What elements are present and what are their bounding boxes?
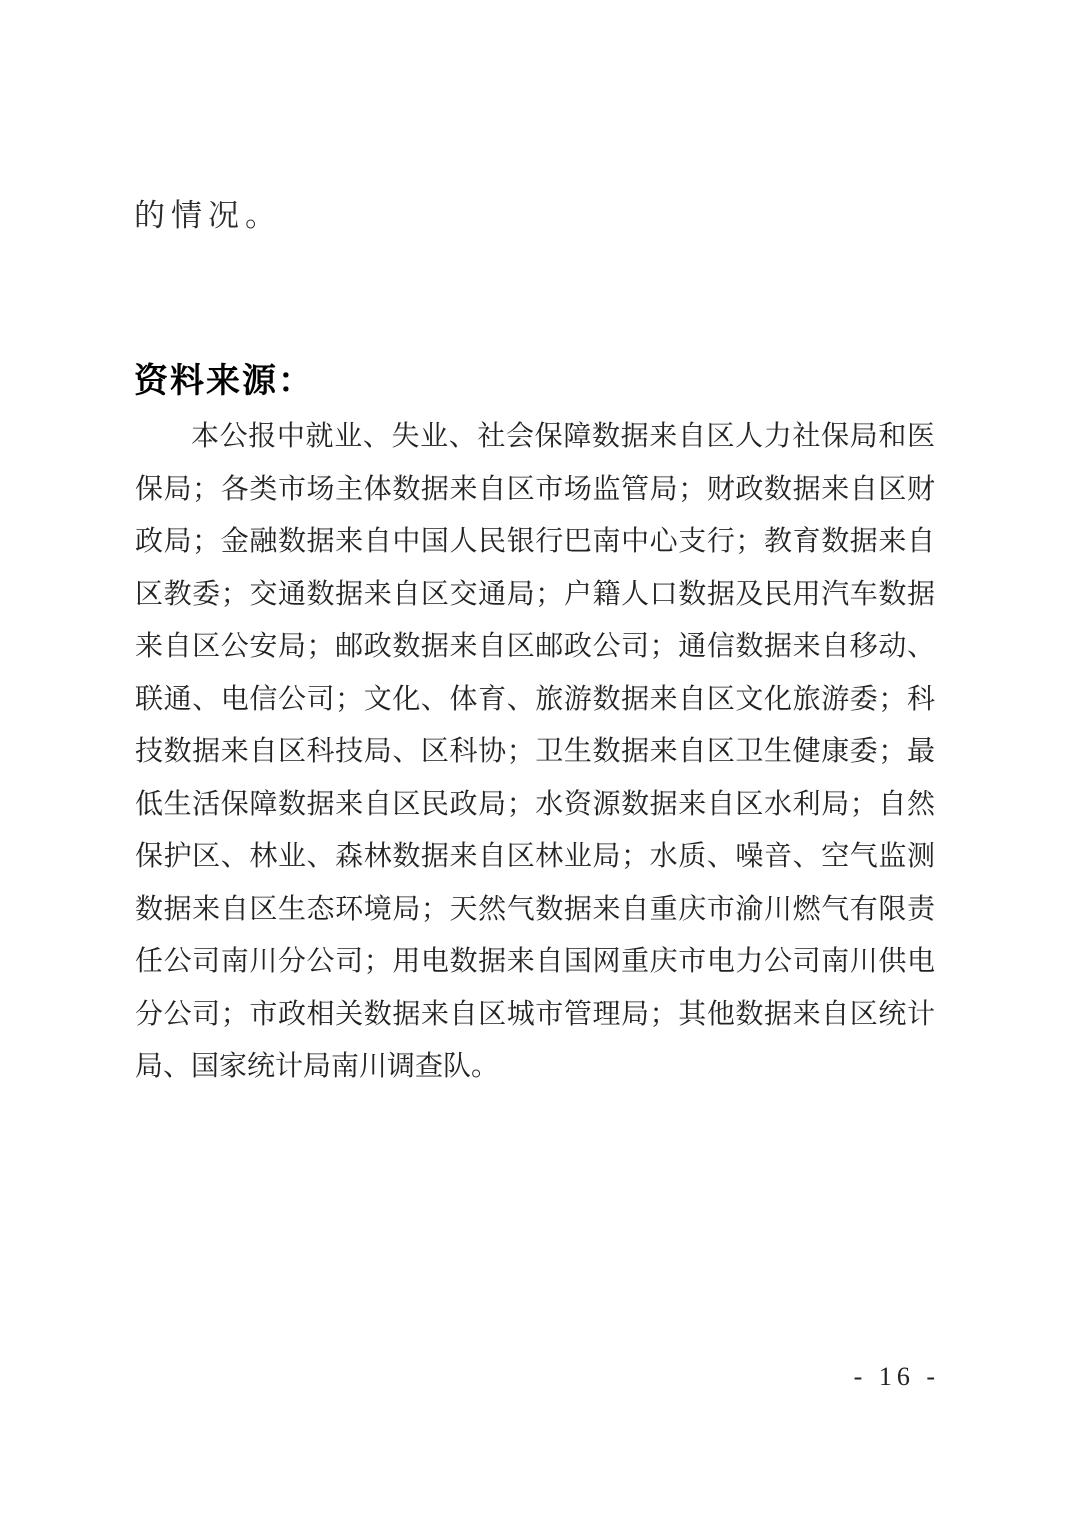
body-line: 来自区公安局；邮政数据来自区邮政公司；通信数据来自移动、	[135, 621, 935, 674]
body-line: 区教委；交通数据来自区交通局；户籍人口数据及民用汽车数据	[135, 569, 935, 622]
body-line: 本公报中就业、失业、社会保障数据来自区人力社保局和医	[135, 411, 935, 464]
page-number: - 16 -	[135, 1362, 940, 1392]
sources-paragraph: 本公报中就业、失业、社会保障数据来自区人力社保局和医 保局；各类市场主体数据来自…	[135, 411, 935, 1094]
body-line: 保局；各类市场主体数据来自区市场监管局；财政数据来自区财	[135, 464, 935, 517]
body-line: 低生活保障数据来自区民政局；水资源数据来自区水利局；自然	[135, 779, 935, 832]
body-line: 政局；金融数据来自中国人民银行巴南中心支行；教育数据来自	[135, 516, 935, 569]
top-paragraph-fragment: 的情况。	[134, 190, 282, 235]
section-heading-data-sources: 资料来源：	[134, 353, 314, 402]
body-line: 技数据来自区科技局、区科协；卫生数据来自区卫生健康委；最	[135, 726, 935, 779]
body-line: 联通、电信公司；文化、体育、旅游数据来自区文化旅游委；科	[135, 674, 935, 727]
body-line: 任公司南川分公司；用电数据来自国网重庆市电力公司南川供电	[135, 936, 935, 989]
body-line: 分公司；市政相关数据来自区城市管理局；其他数据来自区统计	[135, 989, 935, 1042]
body-line: 数据来自区生态环境局；天然气数据来自重庆市渝川燃气有限责	[135, 884, 935, 937]
document-page: 的情况。 资料来源： 本公报中就业、失业、社会保障数据来自区人力社保局和医 保局…	[0, 0, 1074, 1520]
body-line: 局、国家统计局南川调查队。	[135, 1041, 935, 1094]
body-line: 保护区、林业、森林数据来自区林业局；水质、噪音、空气监测	[135, 831, 935, 884]
